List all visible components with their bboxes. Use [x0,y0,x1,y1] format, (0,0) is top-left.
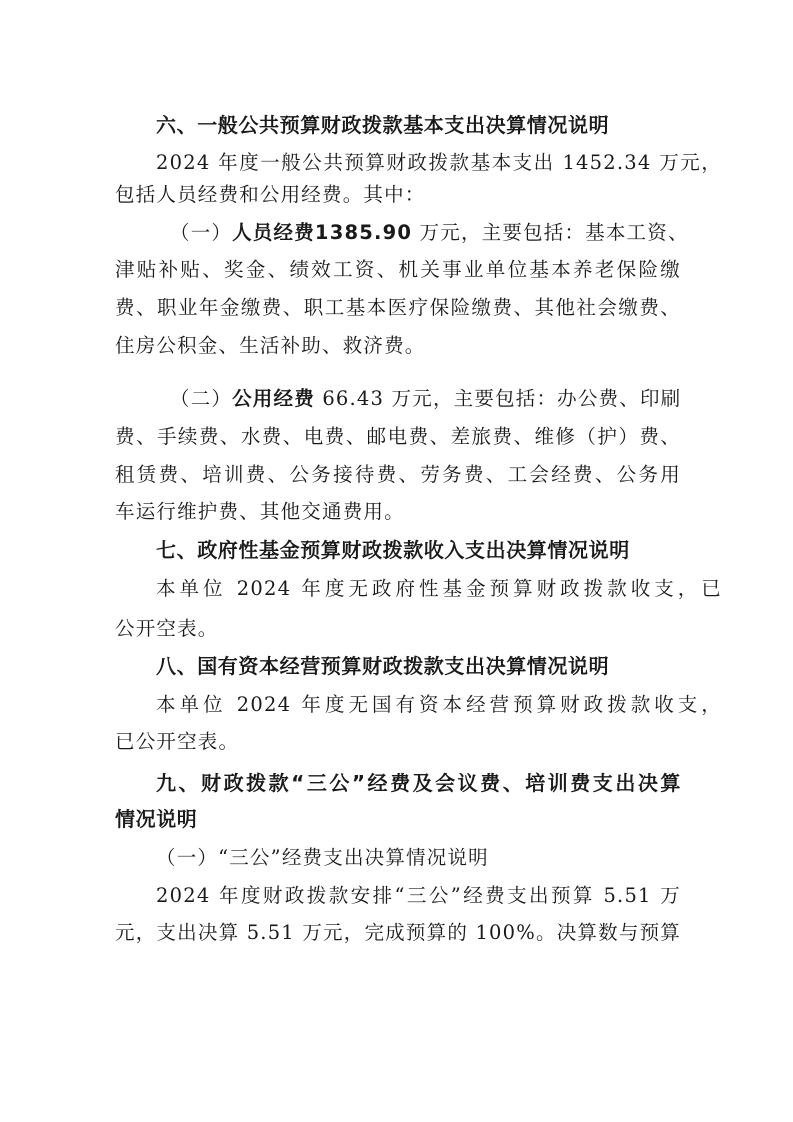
section-6-paragraph-line: 2024 年度一般公共预算财政拨款基本支出 1452.34 万元， [156,150,722,176]
section-7-paragraph-line: 公开空表。 [115,616,681,642]
section-9-paragraph-line: 2024 年度财政拨款安排“三公”经费支出预算 5.51 万 [156,883,681,909]
public-prefix: （二） [170,387,232,410]
personnel-detail-line: 住房公积金、生活补助、救济费。 [115,333,681,359]
section-6-paragraph-line: 包括人员经费和公用经费。其中： [115,182,681,208]
personnel-rest: 万元，主要包括：基本工资、 [412,221,689,244]
public-amount: 66.43 [315,387,384,410]
section-9-subheading: （一）“三公”经费支出决算情况说明 [156,845,722,871]
section-9-heading: 九、财政拨款“三公”经费及会议费、培训费支出决算 [156,770,681,796]
section-8-paragraph-line: 本单位 2024 年度无国有资本经营预算财政拨款收支， [156,692,722,718]
section-8-paragraph-line: 已公开空表。 [115,729,681,755]
personnel-prefix: （一） [170,221,232,244]
section-7-paragraph-line: 本单位 2024 年度无政府性基金预算财政拨款收支，已 [156,576,722,602]
personnel-detail-line: 津贴补贴、奖金、绩效工资、机关事业单位基本养老保险缴 [115,257,681,283]
personnel-expense-line: （一）人员经费1385.90 万元，主要包括：基本工资、 [170,220,736,246]
public-expense-line: （二）公用经费 66.43 万元，主要包括：办公费、印刷 [170,386,736,412]
public-rest: 万元，主要包括：办公费、印刷 [384,387,681,410]
section-6-heading: 六、一般公共预算财政拨款基本支出决算情况说明 [156,112,722,138]
personnel-amount: 1385.90 [315,221,412,244]
section-9-paragraph-line: 元，支出决算 5.51 万元，完成预算的 100%。决算数与预算 [115,920,681,946]
personnel-detail-line: 费、职业年金缴费、职工基本医疗保险缴费、其他社会缴费、 [115,295,681,321]
public-detail-line: 费、手续费、水费、电费、邮电费、差旅费、维修（护）费、 [115,424,681,450]
document-page: 六、一般公共预算财政拨款基本支出决算情况说明 2024 年度一般公共预算财政拨款… [0,0,793,1122]
public-label: 公用经费 [232,387,315,410]
section-9-heading-cont: 情况说明 [115,806,681,832]
public-detail-line: 租赁费、培训费、公务接待费、劳务费、工会经费、公务用 [115,462,681,488]
section-7-heading: 七、政府性基金预算财政拨款收入支出决算情况说明 [156,537,722,563]
personnel-label: 人员经费 [232,221,315,244]
section-8-heading: 八、国有资本经营预算财政拨款支出决算情况说明 [156,653,722,679]
public-detail-line: 车运行维护费、其他交通费用。 [115,499,681,525]
